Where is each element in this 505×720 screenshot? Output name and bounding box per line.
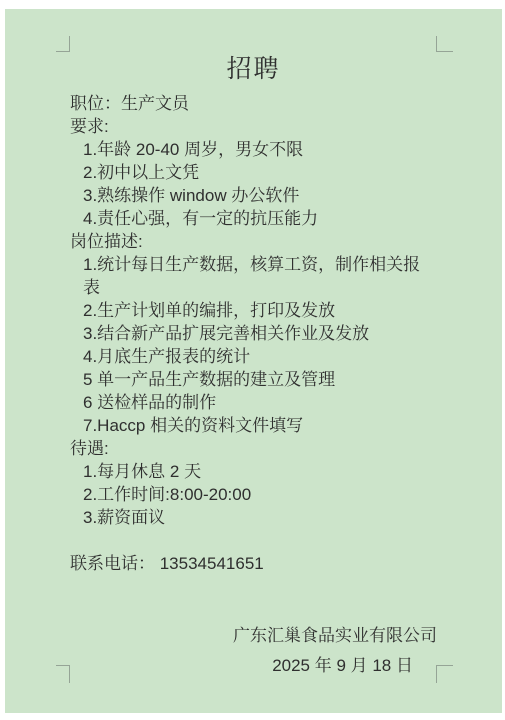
document-title: 招聘	[70, 52, 437, 86]
blank-line	[70, 529, 437, 552]
doc-line: 4.月底生产报表的统计	[70, 345, 437, 368]
doc-line: 2.工作时间:8:00-20:00	[70, 483, 437, 506]
doc-line: 1.统计每日生产数据，核算工资，制作相关报表	[70, 253, 437, 299]
doc-line: 联系电话： 13534541651	[70, 552, 437, 575]
document-content: 招聘 职位：生产文员要求:1.年龄 20-40 周岁，男女不限2.初中以上文凭3…	[70, 52, 437, 681]
doc-line: 3.熟练操作 window 办公软件	[70, 184, 437, 207]
margin-crop-mark-top-left-icon	[56, 36, 70, 52]
doc-line: 待遇:	[70, 437, 437, 460]
doc-line: 5 单一产品生产数据的建立及管理	[70, 368, 437, 391]
doc-line: 7.Haccp 相关的资料文件填写	[70, 414, 437, 437]
doc-line: 2025 年 9 月 18 日	[70, 651, 437, 681]
blank-line	[70, 598, 437, 621]
doc-line: 职位：生产文员	[70, 92, 437, 115]
document-page: 招聘 职位：生产文员要求:1.年龄 20-40 周岁，男女不限2.初中以上文凭3…	[5, 9, 502, 713]
screenshot-frame: 招聘 职位：生产文员要求:1.年龄 20-40 周岁，男女不限2.初中以上文凭3…	[0, 0, 505, 720]
doc-line: 3.结合新产品扩展完善相关作业及发放	[70, 322, 437, 345]
doc-line: 4.责任心强，有一定的抗压能力	[70, 207, 437, 230]
document-body: 职位：生产文员要求:1.年龄 20-40 周岁，男女不限2.初中以上文凭3.熟练…	[70, 92, 437, 681]
margin-crop-mark-bottom-right-icon	[436, 665, 453, 683]
margin-crop-mark-top-right-icon	[436, 36, 453, 52]
doc-line: 2.初中以上文凭	[70, 161, 437, 184]
doc-line: 3.薪资面议	[70, 506, 437, 529]
doc-line: 1.年龄 20-40 周岁，男女不限	[70, 138, 437, 161]
blank-line	[70, 575, 437, 598]
doc-line: 1.每月休息 2 天	[70, 460, 437, 483]
doc-line: 2.生产计划单的编排，打印及发放	[70, 299, 437, 322]
margin-crop-mark-bottom-left-icon	[56, 665, 70, 683]
doc-line: 要求:	[70, 115, 437, 138]
doc-line: 岗位描述:	[70, 230, 437, 253]
doc-line: 6 送检样品的制作	[70, 391, 437, 414]
doc-line: 广东汇巢食品实业有限公司	[70, 621, 437, 651]
